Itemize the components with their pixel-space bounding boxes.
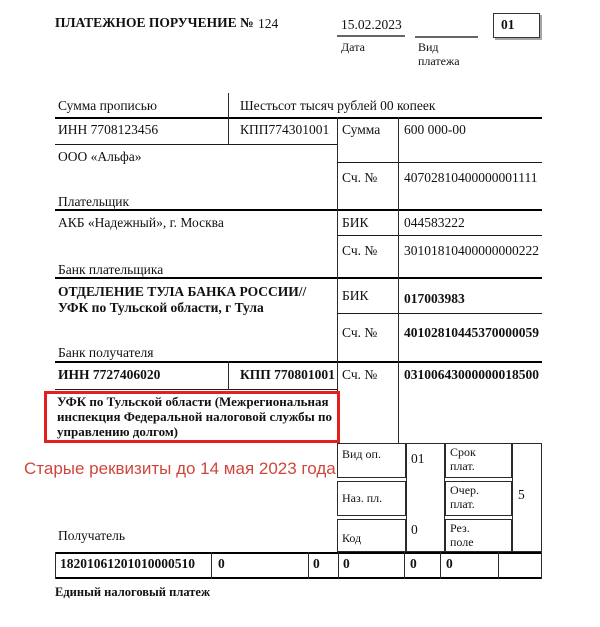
tax-cell: 0 xyxy=(410,556,417,572)
payee-bank-account-value: 40102810445370000059 xyxy=(404,325,539,341)
table-line xyxy=(440,552,441,579)
table-line xyxy=(55,117,542,119)
srok-plat-cell: Срок плат. xyxy=(445,443,512,478)
order-number: 124 xyxy=(258,16,278,32)
vid-op-cell: Вид оп. xyxy=(337,443,406,478)
amount-label: Сумма xyxy=(342,122,380,138)
tax-cell: 0 xyxy=(343,556,350,572)
payer-name: ООО «Альфа» xyxy=(58,149,142,165)
payee-name: УФК по Тульской области (Межрегиональная… xyxy=(57,394,332,439)
payee-name-highlight-box: УФК по Тульской области (Межрегиональная… xyxy=(44,391,340,443)
kod-label: Код xyxy=(342,531,361,545)
payer-bank-name: АКБ «Надежный», г. Москва xyxy=(58,215,224,231)
table-line xyxy=(337,313,542,314)
payee-inn: ИНН 7727406020 xyxy=(58,367,160,383)
payment-order-form: ПЛАТЕЖНОЕ ПОРУЧЕНИЕ № 124 15.02.2023 Дат… xyxy=(0,0,600,627)
kod-cell: Код xyxy=(337,519,406,552)
payee-kpp: КПП 770801001 xyxy=(240,367,335,383)
payer-account-label: Сч. № xyxy=(342,170,377,186)
naz-pl-cell: Наз. пл. xyxy=(337,481,406,516)
table-line xyxy=(338,552,339,579)
op-values-column: 01 0 xyxy=(406,443,445,552)
table-line xyxy=(228,93,229,145)
page-title: ПЛАТЕЖНОЕ ПОРУЧЕНИЕ № xyxy=(55,15,254,31)
ocher-plat-cell: Очер. плат. xyxy=(445,481,512,516)
payer-kpp: КПП774301001 xyxy=(240,122,329,138)
payee-account-label: Сч. № xyxy=(342,367,377,383)
rez-pole-cell: Рез. поле xyxy=(445,519,512,552)
payer-account-value: 40702810400000001111 xyxy=(404,170,538,186)
table-line xyxy=(55,577,542,579)
payee-bank-name: ОТДЕЛЕНИЕ ТУЛА БАНКА РОССИИ//УФК по Туль… xyxy=(58,284,326,315)
payee-bank-bik-value: 017003983 xyxy=(404,291,465,307)
tax-cell: 0 xyxy=(218,556,225,572)
date-value: 15.02.2023 xyxy=(341,17,402,33)
table-line xyxy=(55,552,56,579)
table-line xyxy=(308,552,309,579)
payer-bank-account-value: 30101810400000000222 xyxy=(404,243,539,259)
table-line xyxy=(211,552,212,579)
payment-type-label: Вид платежа xyxy=(418,41,468,69)
payer-section-label: Плательщик xyxy=(58,194,129,210)
ocher-plat-value: 5 xyxy=(518,487,525,503)
table-line xyxy=(228,361,229,390)
annotation-note: Старые реквизиты до 14 мая 2023 года xyxy=(24,459,336,479)
kbk-cell: 18201061201010000510 xyxy=(60,556,195,572)
payer-bank-account-label: Сч. № xyxy=(342,243,377,259)
payer-bank-bik-label: БИК xyxy=(342,215,369,231)
payer-bank-bik-value: 044583222 xyxy=(404,215,465,231)
table-line xyxy=(398,117,399,443)
payer-bank-section-label: Банк плательщика xyxy=(58,262,163,278)
table-line xyxy=(337,235,542,236)
rez-pole-label: Рез. поле xyxy=(450,522,488,550)
plat-values-column: 5 xyxy=(512,443,542,552)
date-underline xyxy=(337,35,405,37)
status-code: 01 xyxy=(501,17,515,33)
payer-inn: ИНН 7708123456 xyxy=(58,122,158,138)
tax-cell: 0 xyxy=(446,556,453,572)
payee-account-value: 03100643000000018500 xyxy=(404,367,539,383)
payee-bank-section-label: Банк получателя xyxy=(58,345,153,361)
table-line xyxy=(55,389,337,390)
table-line xyxy=(541,552,542,579)
amount-value: 600 000-00 xyxy=(404,122,466,138)
vid-op-label: Вид оп. xyxy=(342,447,381,461)
date-label: Дата xyxy=(341,41,365,55)
payee-bank-bik-label: БИК xyxy=(342,288,369,304)
naz-pl-label: Наз. пл. xyxy=(342,491,382,505)
payee-section-label: Получатель xyxy=(58,528,125,544)
footer-note: Единый налоговый платеж xyxy=(55,585,210,599)
table-line xyxy=(404,552,405,579)
payment-status-box: 01 xyxy=(493,13,540,38)
kod-value: 0 xyxy=(411,522,418,538)
amount-words-value: Шестьсот тысяч рублей 00 копеек xyxy=(240,98,435,114)
table-line xyxy=(55,361,542,363)
table-line xyxy=(55,144,337,145)
srok-plat-label: Срок плат. xyxy=(450,446,488,474)
payee-bank-account-label: Сч. № xyxy=(342,325,377,341)
tax-cell: 0 xyxy=(313,556,320,572)
table-line xyxy=(498,552,499,579)
payment-type-underline xyxy=(415,36,478,38)
table-line xyxy=(55,552,542,554)
amount-words-label: Сумма прописью xyxy=(58,98,157,114)
table-line xyxy=(337,162,542,163)
ocher-plat-label: Очер. плат. xyxy=(450,484,488,512)
vid-op-value: 01 xyxy=(411,451,425,467)
